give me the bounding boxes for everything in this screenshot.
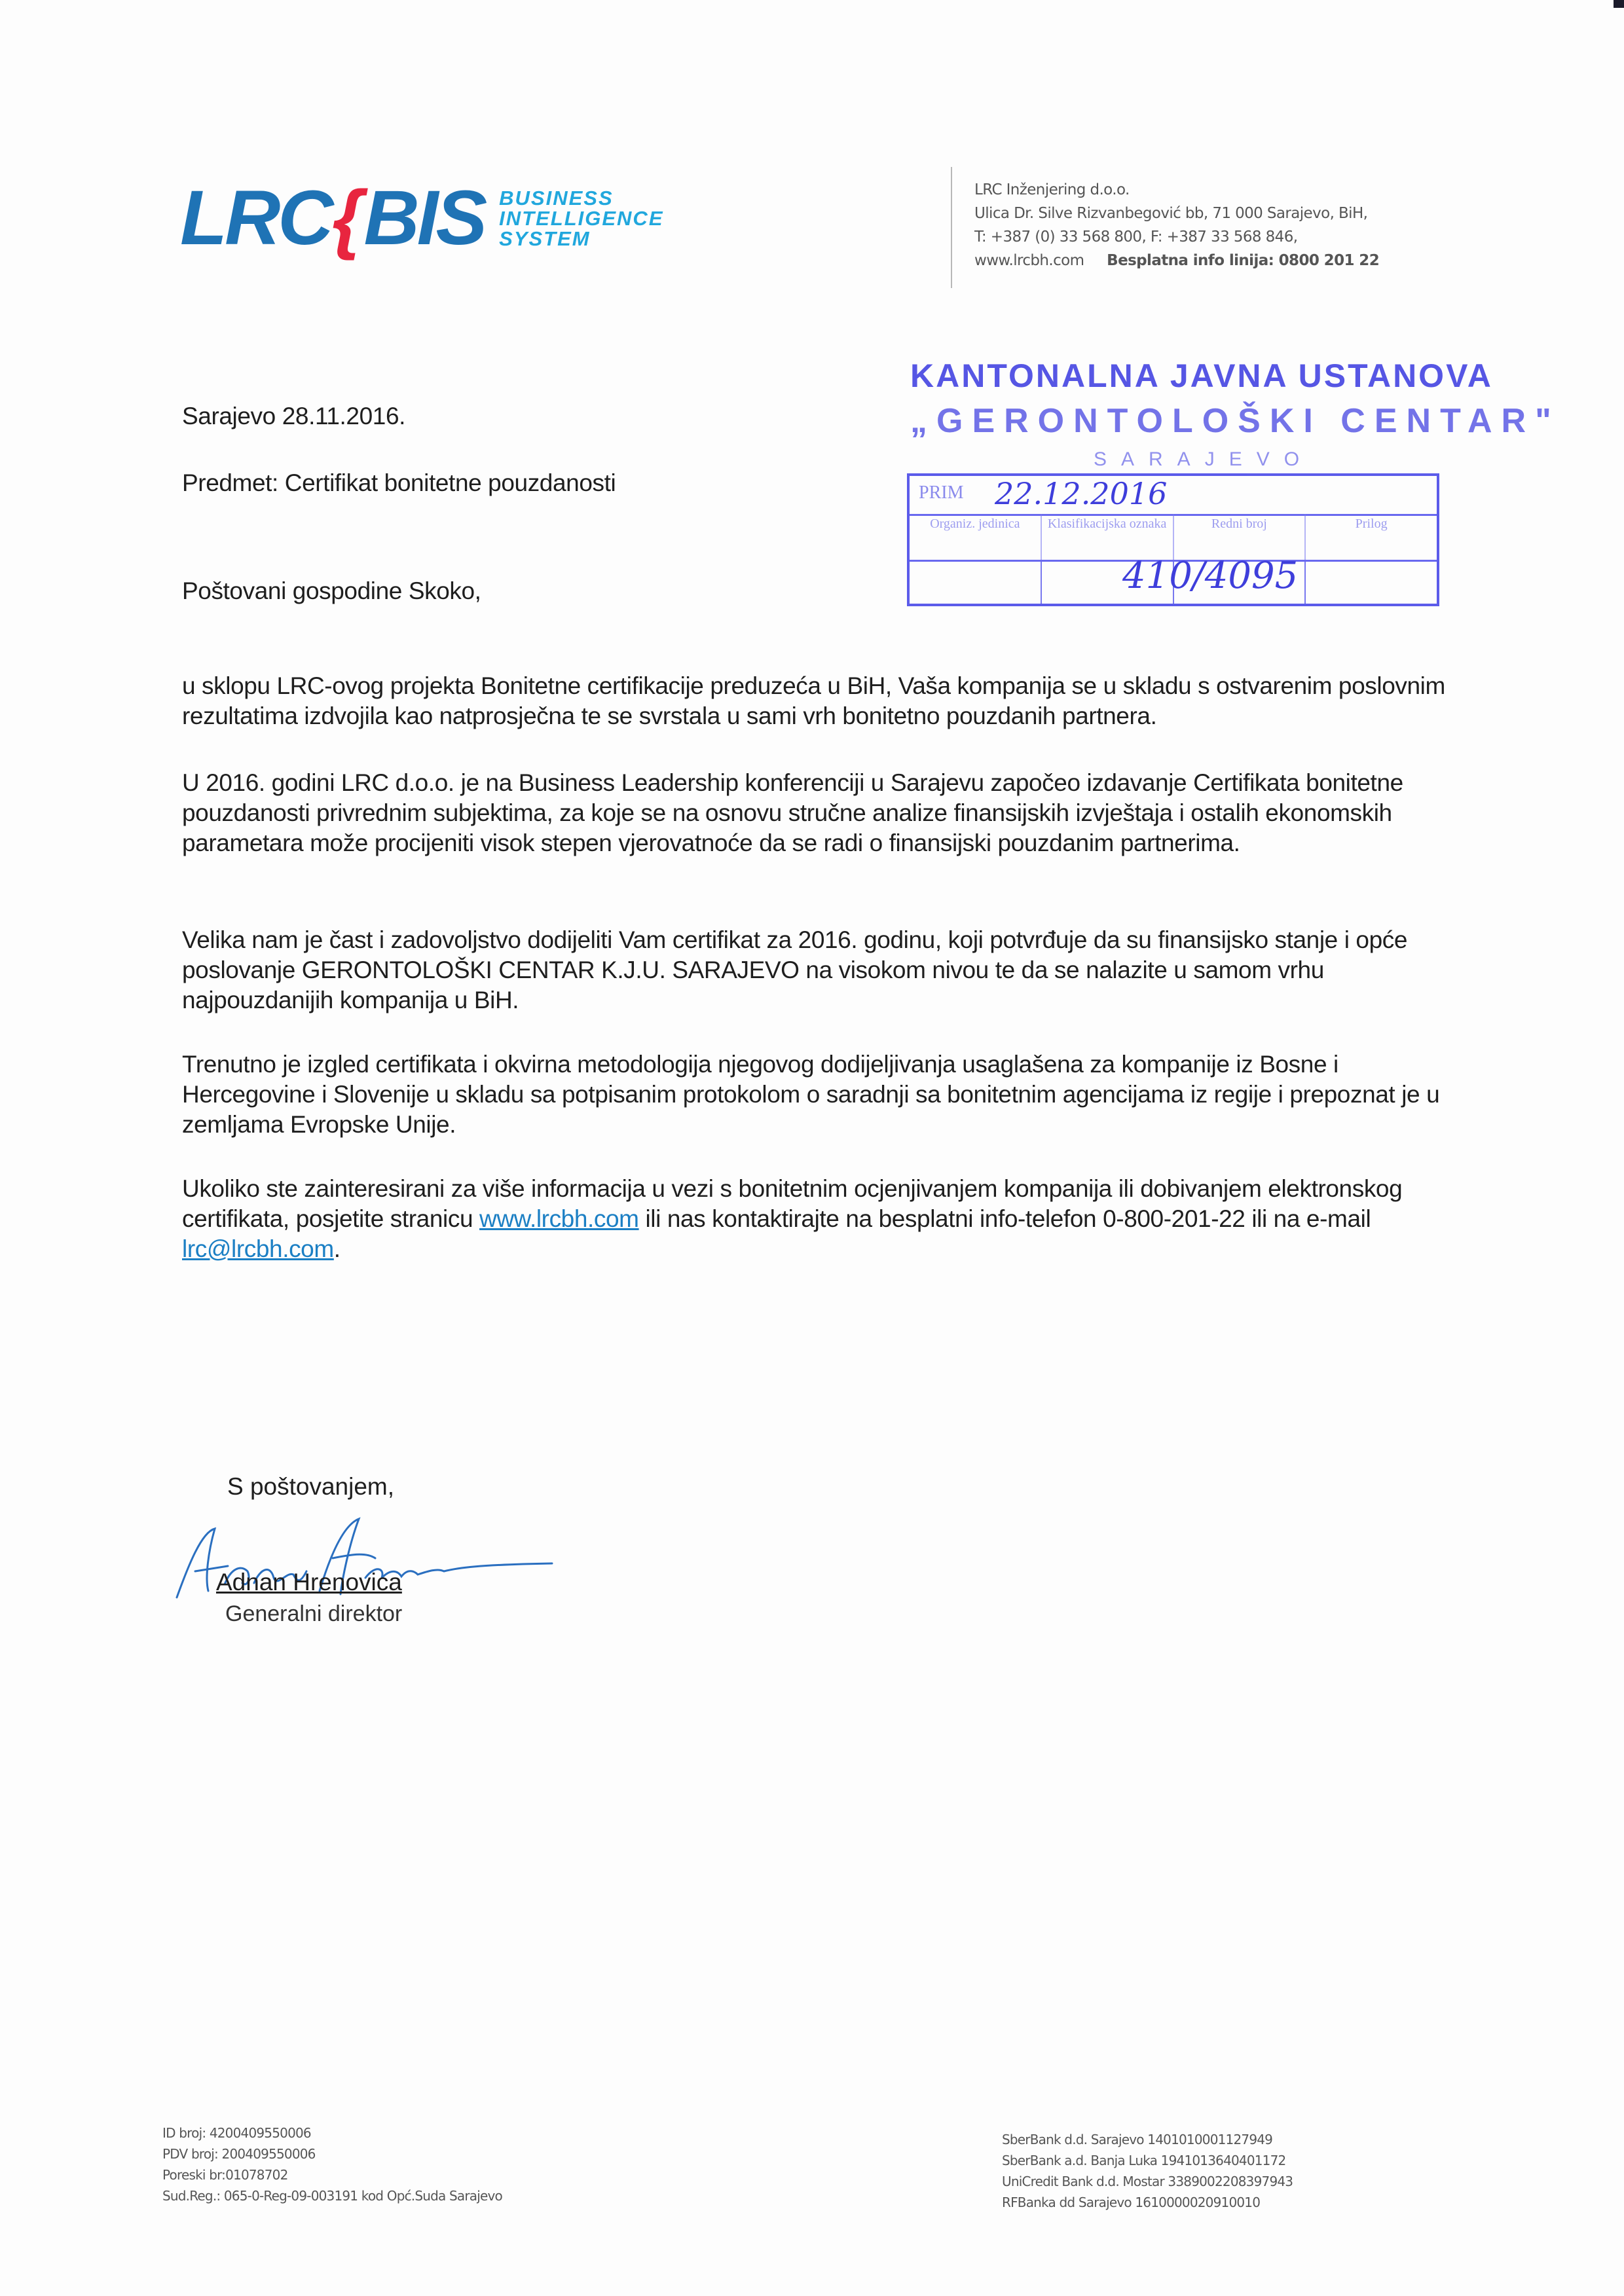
paragraph: Velika nam je čast i zadovoljstvo dodije… bbox=[182, 925, 1459, 1015]
stamp-col: Organiz. jedinica bbox=[910, 514, 1042, 560]
logo-brace: { bbox=[333, 179, 363, 257]
company-address: Ulica Dr. Silve Rizvanbegović bb, 71 000… bbox=[974, 202, 1379, 225]
signer-name: Adnan Hrenovica bbox=[216, 1569, 402, 1596]
company-name: LRC Inženjering d.o.o. bbox=[974, 178, 1379, 202]
paragraph: u sklopu LRC-ovog projekta Bonitetne cer… bbox=[182, 671, 1459, 731]
tagline-line: INTELLIGENCE bbox=[499, 208, 663, 228]
footer-company-ids: ID broj: 4200409550006 PDV broj: 2004095… bbox=[162, 2123, 502, 2206]
stamp-city-line: SARAJEVO bbox=[1094, 448, 1314, 471]
place-date: Sarajevo 28.11.2016. bbox=[182, 401, 1459, 431]
closing: S poštovanjem, bbox=[227, 1473, 394, 1501]
paragraph-text: . bbox=[334, 1235, 341, 1262]
paragraph-text: ili nas kontaktirajte na besplatni info-… bbox=[639, 1205, 1371, 1232]
tagline-line: SYSTEM bbox=[499, 228, 663, 249]
logo-bis: BIS bbox=[363, 179, 485, 257]
company-logo: LRC { BIS BUSINESS INTELLIGENCE SYSTEM bbox=[180, 182, 664, 254]
salutation: Poštovani gospodine Skoko, bbox=[182, 576, 1459, 606]
info-line: Besplatna info linija: 0800 201 22 bbox=[1107, 252, 1379, 269]
company-address-block: LRC Inženjering d.o.o. Ulica Dr. Silve R… bbox=[974, 178, 1379, 272]
subject-line: Predmet: Certifikat bonitetne pouzdanost… bbox=[182, 468, 1459, 498]
website-link[interactable]: www.lrcbh.com bbox=[479, 1205, 639, 1232]
stamp-institution-line: KANTONALNA JAVNA USTANOVA bbox=[910, 357, 1493, 395]
signer-title: Generalni direktor bbox=[225, 1601, 402, 1627]
email-link[interactable]: lrc@lrcbh.com bbox=[182, 1235, 334, 1262]
stamp-col: Redni broj bbox=[1174, 514, 1306, 560]
logo-tagline: BUSINESS INTELLIGENCE SYSTEM bbox=[499, 188, 663, 249]
footer-line: ID broj: 4200409550006 bbox=[162, 2123, 502, 2143]
paragraph: Trenutno je izgled certifikata i okvirna… bbox=[182, 1049, 1459, 1140]
footer-line: SberBank d.d. Sarajevo 1401010001127949 bbox=[1002, 2129, 1293, 2150]
address-divider bbox=[951, 167, 952, 288]
paragraph: U 2016. godini LRC d.o.o. je na Business… bbox=[182, 768, 1459, 858]
footer-bank-accounts: SberBank d.d. Sarajevo 1401010001127949 … bbox=[1002, 2129, 1293, 2213]
company-website[interactable]: www.lrcbh.com bbox=[974, 252, 1084, 269]
stamp-col: Klasifikacijska oznaka bbox=[1042, 514, 1174, 560]
footer-line: Sud.Reg.: 065-0-Reg-09-003191 kod Opć.Su… bbox=[162, 2185, 502, 2206]
footer-line: RFBanka dd Sarajevo 1610000020910010 bbox=[1002, 2192, 1293, 2213]
footer-line: Poreski br:01078702 bbox=[162, 2164, 502, 2185]
contact-paragraph: Ukoliko ste zainteresirani za više infor… bbox=[182, 1174, 1459, 1264]
footer-line: UniCredit Bank d.d. Mostar 3389002208397… bbox=[1002, 2171, 1293, 2192]
footer-line: SberBank a.d. Banja Luka 194101364040117… bbox=[1002, 2150, 1293, 2171]
company-phone-fax: T: +387 (0) 33 568 800, F: +387 33 568 8… bbox=[974, 225, 1379, 249]
footer-line: PDV broj: 200409550006 bbox=[162, 2143, 502, 2164]
stamp-col: Prilog bbox=[1306, 514, 1437, 560]
tagline-line: BUSINESS bbox=[499, 188, 663, 208]
logo-lrc: LRC bbox=[180, 179, 331, 257]
scan-corner-mark bbox=[1614, 0, 1624, 8]
